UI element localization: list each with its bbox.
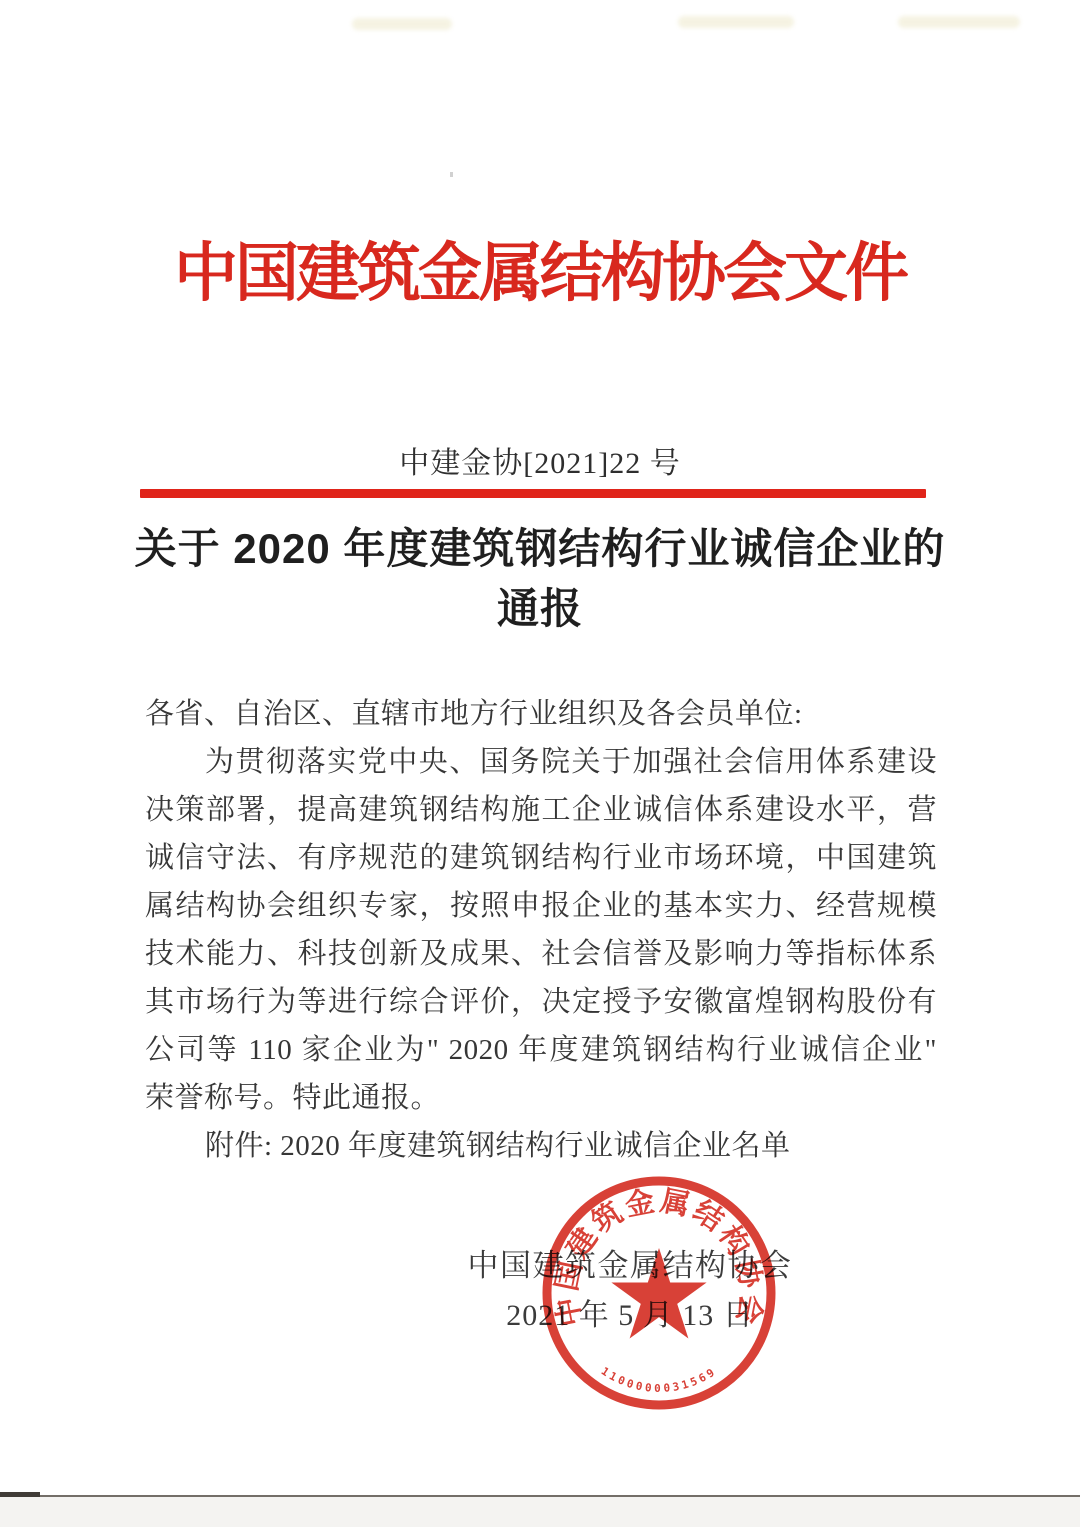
scan-speck [450,172,453,177]
body-line: 技术能力、科技创新及成果、社会信誉及影响力等指标体系及 [145,930,937,978]
star-icon [611,1248,706,1339]
seal-serial-number: 1100000031569 [599,1365,720,1395]
document-title-line: 通报 [0,579,1080,639]
page-edge-line [0,1495,1080,1497]
document-number: 中建金协[2021]22 号 [0,438,1080,482]
body-line: 其市场行为等进行综合评价，决定授予安徽富煌钢构股份有限 [145,978,937,1026]
document-header-title: 中国建筑金属结构协会文件 [0,222,1080,314]
document-body: 各省、自治区、直辖市地方行业组织及各会员单位: 为贯彻落实党中央、国务院关于加强… [145,690,937,1170]
salutation-line: 各省、自治区、直辖市地方行业组织及各会员单位: [145,690,937,738]
scan-artifact [898,16,1020,28]
body-line: 属结构协会组织专家，按照申报企业的基本实力、经营规模与 [145,882,937,930]
scan-artifact [352,18,452,30]
document-title-line: 关于 2020 年度建筑钢结构行业诚信企业的 [0,519,1080,579]
page-edge-stub [0,1492,40,1497]
official-seal: 中国建筑金属结构协会 1100000031569 [534,1168,784,1418]
body-line: 为贯彻落实党中央、国务院关于加强社会信用体系建设的 [145,738,937,786]
attachment-line: 附件: 2020 年度建筑钢结构行业诚信企业名单 [145,1122,937,1170]
scan-artifact [678,16,794,28]
body-line: 公司等 110 家企业为" 2020 年度建筑钢结构行业诚信企业" [145,1026,937,1074]
red-separator-rule [140,489,926,498]
body-line: 决策部署，提高建筑钢结构施工企业诚信体系建设水平，营造 [145,786,937,834]
body-line: 诚信守法、有序规范的建筑钢结构行业市场环境，中国建筑金 [145,834,937,882]
scan-background-strip [0,1497,1080,1527]
document-title: 关于 2020 年度建筑钢结构行业诚信企业的 通报 [0,519,1080,639]
body-line: 荣誉称号。特此通报。 [145,1074,937,1122]
document-page: 中国建筑金属结构协会文件 中建金协[2021]22 号 关于 2020 年度建筑… [0,0,1080,1527]
